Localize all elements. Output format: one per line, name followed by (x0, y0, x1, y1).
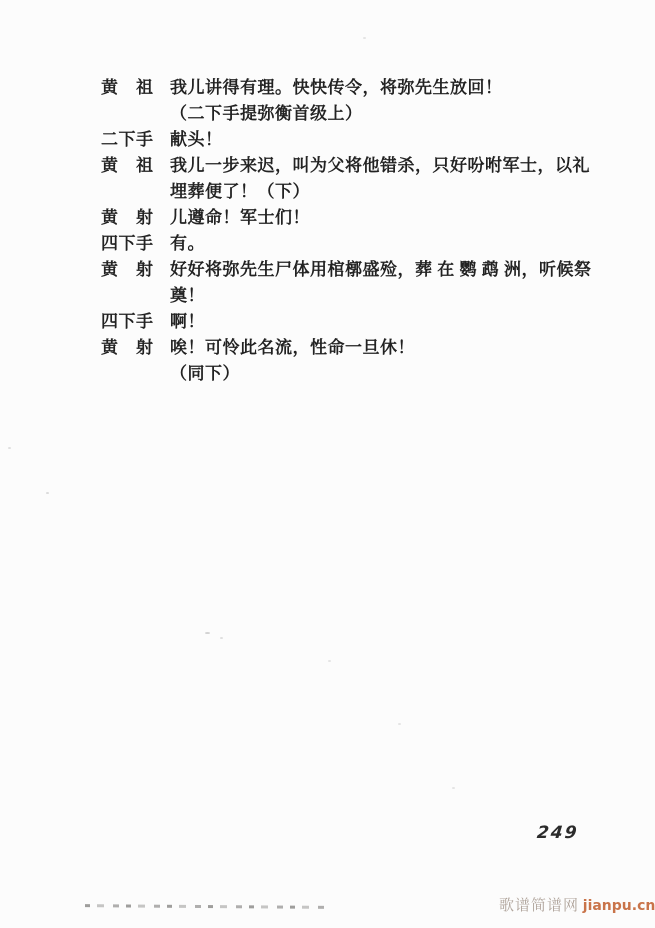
script-line: 四下手 有。 (101, 231, 606, 257)
script-line: 埋葬便了！（下） (101, 179, 606, 205)
script-line: 黄 射 儿遵命！军士们！ (101, 205, 606, 231)
dialogue-text: 我儿一步来迟，叫为父将他错杀，只好吩咐军士，以礼 (170, 153, 606, 179)
speaker-name: 黄 祖 (101, 75, 156, 101)
dialogue-text: 唉！可怜此名流，性命一旦休！ (170, 335, 606, 361)
script-line: 黄 射 好好将弥先生尸体用棺槨盛殓，葬 在 鹦 鹉 洲，听候祭 (101, 257, 606, 283)
speaker-name: 黄 祖 (101, 153, 156, 179)
dialogue-text: 奠！ (170, 283, 606, 309)
scan-artifact-line (85, 904, 329, 909)
scan-speck (46, 492, 49, 494)
scan-speck (220, 637, 223, 639)
script-line: （二下手提弥衡首级上） (101, 101, 606, 127)
speaker-name: 黄 射 (101, 257, 156, 283)
script-line: （同下） (101, 361, 606, 387)
dialogue-text: 好好将弥先生尸体用棺槨盛殓，葬 在 鹦 鹉 洲，听候祭 (170, 257, 606, 283)
watermark-site-name: 歌谱简谱网 (499, 898, 579, 914)
script-line: 四下手 啊！ (101, 309, 606, 335)
scan-speck (328, 660, 331, 662)
dialogue-text: 啊！ (170, 309, 606, 335)
script-line: 二下手 献头！ (101, 127, 606, 153)
dialogue-text: 我儿讲得有理。快快传令，将弥先生放回！ (170, 75, 606, 101)
scanned-script-page: 黄 祖 我儿讲得有理。快快传令，将弥先生放回！ （二下手提弥衡首级上） 二下手 … (0, 0, 655, 928)
scan-speck (363, 37, 366, 39)
stage-direction-text: （同下） (170, 361, 606, 387)
script-line: 黄 射 唉！可怜此名流，性命一旦休！ (101, 335, 606, 361)
script-line: 奠！ (101, 283, 606, 309)
dialogue-text: 献头！ (170, 127, 606, 153)
dialogue-text: 有。 (170, 231, 606, 257)
speaker-name: 黄 射 (101, 205, 156, 231)
speaker-name: 四下手 (101, 231, 156, 257)
watermark: 歌谱简谱网 jianpu.cn (499, 896, 655, 916)
scan-speck (8, 447, 11, 449)
dialogue-text: 儿遵命！军士们！ (170, 205, 606, 231)
speaker-name: 二下手 (101, 127, 156, 153)
dialogue-text: 埋葬便了！（下） (170, 179, 606, 205)
script-line: 黄 祖 我儿讲得有理。快快传令，将弥先生放回！ (101, 75, 606, 101)
scan-speck (452, 787, 455, 789)
script-text-block: 黄 祖 我儿讲得有理。快快传令，将弥先生放回！ （二下手提弥衡首级上） 二下手 … (101, 75, 606, 387)
watermark-site-url: jianpu.cn (583, 898, 655, 914)
speaker-name: 黄 射 (101, 335, 156, 361)
script-line: 黄 祖 我儿一步来迟，叫为父将他错杀，只好吩咐军士，以礼 (101, 153, 606, 179)
page-number: 249 (536, 823, 580, 843)
stage-direction-text: （二下手提弥衡首级上） (170, 101, 606, 127)
speaker-name: 四下手 (101, 309, 156, 335)
scan-speck (205, 632, 210, 634)
scan-speck (398, 723, 401, 725)
